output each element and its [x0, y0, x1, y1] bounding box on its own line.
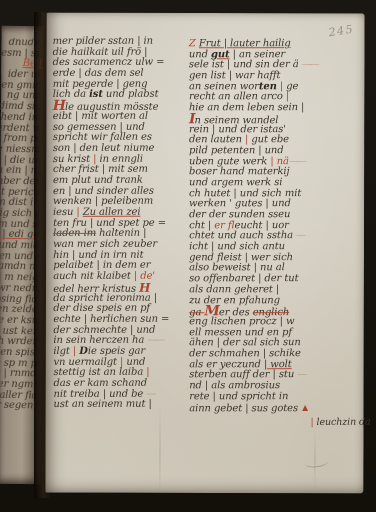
- text-run: ten fru | und spet pe =: [53, 217, 166, 228]
- text-run: nit treiba | und be: [54, 388, 147, 399]
- text-run: gut ebe: [251, 134, 289, 145]
- text-run: in sein herczen ha: [53, 335, 147, 346]
- text-run: uben gute werk: [189, 156, 270, 167]
- text-run: sele ist | und sin der ä: [189, 60, 302, 71]
- text-run: | wolt: [264, 359, 292, 370]
- text-run: haltenin |: [96, 228, 146, 239]
- text-run: en | und sinder alles: [53, 185, 154, 196]
- text-run: so gemessen | und: [53, 121, 145, 132]
- text-run: vn uermailgt: [53, 356, 120, 367]
- text-run: ust an seinem mut |: [54, 399, 152, 410]
- text-run: stettig ist an laiba: [53, 367, 143, 378]
- text-run: son | den leut niume: [53, 143, 155, 154]
- text-run: auch nit klaibet: [53, 271, 134, 282]
- text-run: laden im: [53, 228, 96, 239]
- text-run: echte | herlichen sun =: [53, 314, 169, 325]
- text-run: ilgt: [53, 346, 73, 357]
- text-run: pild petenten | und: [189, 145, 284, 156]
- text-run: der schmahen | schike: [189, 348, 301, 359]
- text-run: er fl: [214, 220, 234, 231]
- text-run: ch hutet | und sich mit: [189, 188, 301, 199]
- ink-smudge: [304, 456, 329, 469]
- text-run: mer pilder sstan | in: [53, 36, 153, 47]
- manuscript-line: ainn gebet | sus gotes ▴: [189, 402, 361, 413]
- text-run: und: [189, 49, 211, 60]
- text-run: wan mer sich zeuber: [53, 239, 157, 250]
- manuscript-line: | leuchzin da: [189, 418, 371, 430]
- text-run: |: [283, 92, 289, 103]
- text-run: nd | als ambrosius: [189, 380, 280, 391]
- text-run: rete | und spricht in: [189, 391, 288, 402]
- text-run: ——: [302, 60, 318, 71]
- text-run: ——: [147, 335, 163, 346]
- text-run: iesu: [53, 207, 76, 218]
- text-run: rein | und der istas': [189, 124, 286, 135]
- text-run: und: [126, 356, 145, 367]
- text-run: und argem werk si: [189, 177, 282, 188]
- text-run: die hailkait uil frö |: [53, 46, 148, 57]
- manuscript-line: auch nit klaibet | de': [53, 272, 190, 283]
- text-run: icht | und sich antu: [189, 241, 285, 252]
- text-run: da spricht ieronima |: [53, 292, 157, 303]
- text-run: ie speis gar: [88, 346, 145, 357]
- text-run: eng lischen procz | w: [189, 316, 294, 327]
- manuscript-line: rete | und spricht in: [189, 392, 361, 403]
- manuscript-line: der segen f: [0, 401, 36, 413]
- text-run: |: [143, 367, 149, 378]
- text-run: und plabst: [103, 89, 159, 100]
- text-run: su krist: [53, 153, 93, 164]
- text-run: | nä: [270, 156, 289, 167]
- text-run: ell messen und en pf: [189, 327, 292, 338]
- text-run: als dann geheret |: [189, 284, 279, 295]
- text-run: ten: [259, 81, 277, 92]
- text-run: den lauten: [189, 134, 245, 145]
- text-run: eucht | uor: [235, 220, 289, 231]
- text-run: in enngli: [99, 153, 143, 164]
- manuscript-photo: dnudwesm | spBedider uren gminng unddimd…: [0, 0, 376, 512]
- manuscript-line: lich da ist und plabst: [53, 90, 190, 101]
- text-run: ainn gebet | sus gotes: [189, 404, 298, 415]
- manuscript-line: hie an dem leben sein |: [189, 103, 361, 114]
- manuscript-line: ust an seinem mut |: [54, 400, 191, 411]
- text-run: so offenbaret | der tut: [189, 273, 298, 284]
- text-run: spricht wir fallen es: [53, 132, 152, 143]
- text-run: wenken | peleibenm: [53, 196, 153, 207]
- text-run: leuchzin da: [316, 417, 370, 428]
- text-run: —: [146, 388, 154, 399]
- text-run: pelaibet | in dem er: [53, 260, 150, 271]
- text-run: hie an dem leben sein |: [189, 102, 304, 113]
- text-run: der der sunden sseu: [189, 209, 290, 220]
- text-run: recht an allen arco: [189, 92, 283, 103]
- text-run: erde | das dem sel: [53, 68, 144, 79]
- text-run: ähen | der sal sich sun: [189, 337, 301, 348]
- catchword-line: | leuchzin da: [189, 418, 371, 430]
- text-run: | an seiner: [230, 49, 286, 60]
- text-run: ist: [89, 89, 103, 100]
- text-run: der dise speis en pf: [53, 303, 150, 314]
- text-run: des sacramencz ulw =: [53, 57, 165, 68]
- text-run: werken ' gutes | und: [189, 198, 291, 209]
- right-text-column: Z Frut | lauter hailigund gut | an seine…: [189, 39, 361, 413]
- text-run: cht |: [189, 220, 214, 231]
- text-run: sterben auff der | stu: [189, 369, 297, 380]
- text-run: ——: [289, 156, 305, 167]
- text-run: gend fleist | wer sich: [189, 252, 293, 263]
- left-text-column: mer pilder sstan | indie hailkait uil fr…: [53, 37, 191, 411]
- text-run: em plut und trank: [53, 175, 143, 186]
- text-run: mit pegerde | geng: [53, 78, 148, 89]
- text-run: boser hand materkij: [189, 166, 289, 177]
- text-run: hin | und in irn nit: [53, 249, 143, 260]
- text-run: chtet und auch sstha: [189, 231, 296, 242]
- text-run: der schmechte | und: [53, 324, 155, 335]
- text-run: Z: [189, 38, 199, 49]
- text-run: ge: [286, 81, 298, 92]
- text-run: Zu allen zei: [83, 207, 141, 218]
- text-run: gen list | war hafft: [189, 70, 281, 81]
- text-run: also beweist | nu al: [189, 263, 285, 274]
- text-run: eibt | mit worten al: [53, 111, 148, 122]
- manuscript-page: 245 mer pilder sstan | indie hailkait ui…: [45, 13, 364, 494]
- text-run: als er yeczund: [189, 359, 264, 370]
- text-run: gut: [211, 49, 230, 60]
- page-crease: [159, 405, 160, 500]
- text-run: zu der en pfahung: [189, 295, 280, 306]
- text-run: —: [296, 231, 304, 242]
- text-run: an seinen wor: [189, 81, 259, 92]
- page-number: 245: [328, 22, 355, 39]
- text-run: —: [297, 369, 305, 380]
- text-run: Frut | lauter hailig: [199, 38, 291, 49]
- text-run: cher frist | mit sem: [53, 164, 148, 175]
- text-run: ▴: [298, 401, 308, 415]
- text-run: das er kam schand: [53, 378, 147, 389]
